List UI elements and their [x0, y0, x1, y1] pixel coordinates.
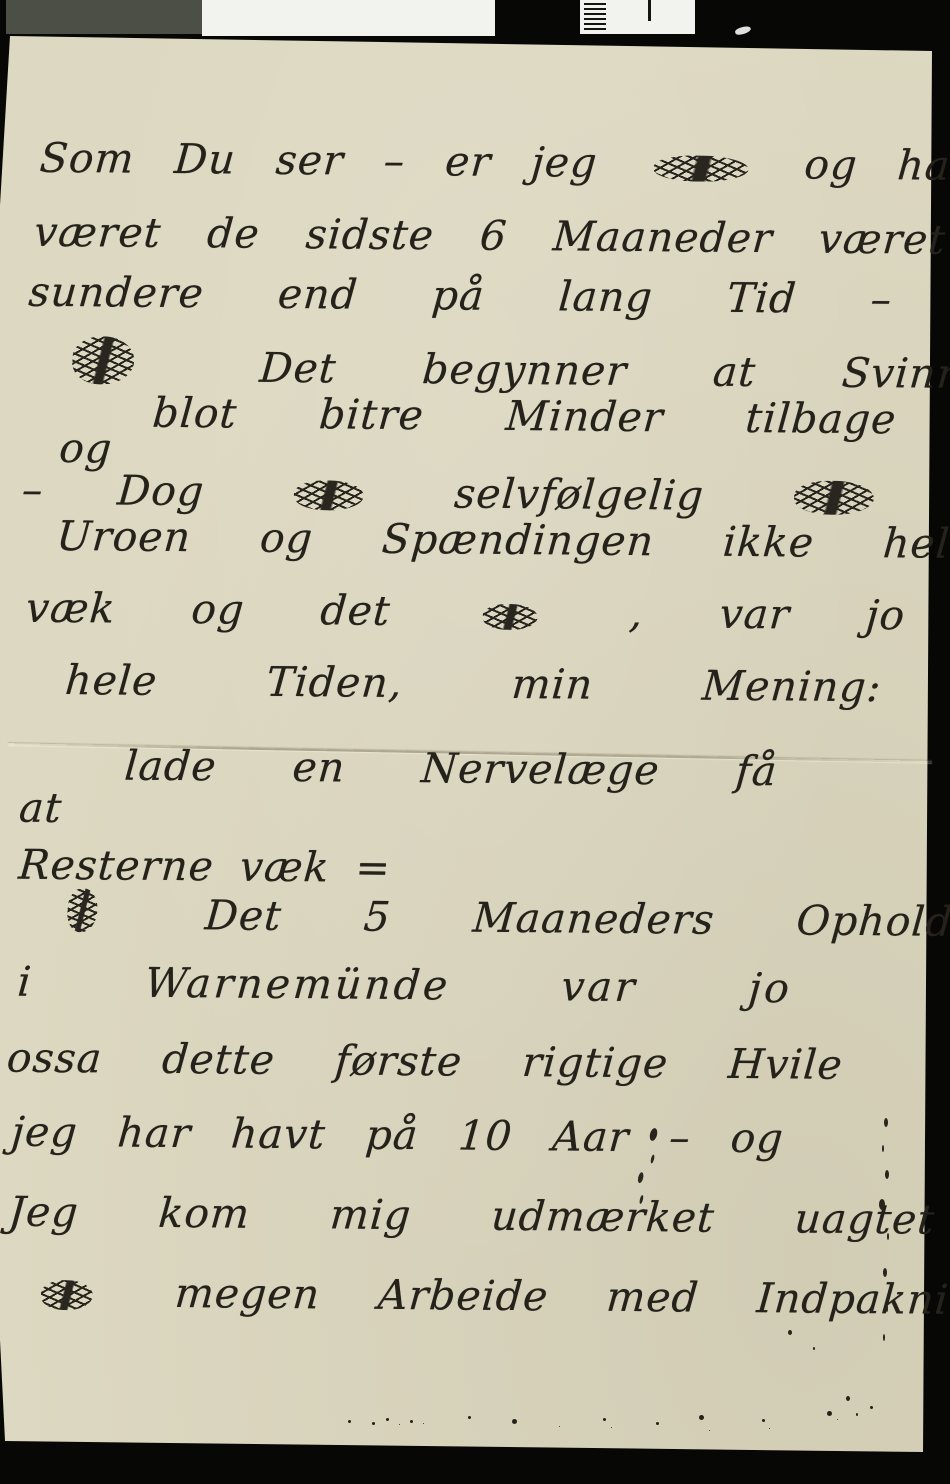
crossed-out-scribble — [481, 604, 538, 630]
scanned-letter-page: Som Du ser – er jeg og har jeg været de … — [0, 0, 950, 1484]
text-segment: Jeg kom mig udmærket uagtet — [7, 1188, 937, 1244]
letter-line-14: Det 5 Maaneders Ophold — [50, 888, 950, 943]
text-segment: at — [17, 784, 64, 832]
crossed-out-scribble — [66, 888, 99, 932]
text-segment: Det 5 Maaneders Ophold — [203, 891, 950, 945]
text-segment: og har jeg — [803, 141, 950, 191]
text-segment: , var jo — [628, 589, 907, 639]
ink-smudge-streak — [884, 1118, 888, 1127]
letter-line-18: Jeg kom mig udmærket uagtet — [7, 1192, 936, 1241]
handwriting-layer: Som Du ser – er jeg og har jeg været de … — [0, 0, 950, 1484]
letter-line-5: blot bitre Minder tilbage – — [151, 393, 950, 441]
crossed-out-scribble — [652, 155, 749, 182]
text-segment: Resterne væk = — [17, 841, 393, 892]
text-segment: megen Arbeide med Indpakning — [173, 1269, 950, 1324]
crossed-out-scribble — [40, 1280, 94, 1310]
letter-line-13: Resterne væk = — [17, 845, 392, 889]
text-segment: hele Tiden, min Mening: — [64, 656, 884, 711]
crossed-out-scribble — [70, 336, 136, 385]
text-segment: ossa dette første rigtige Hvile — [5, 1034, 845, 1089]
letter-line-8: Uroen og Spændingen ikke helt — [55, 516, 950, 565]
letter-line-6: og — [58, 428, 114, 469]
text-segment: Som Du ser – er jeg — [38, 134, 599, 187]
text-segment: i Warnemünde var jo — [16, 958, 794, 1013]
letter-line-15: i Warnemünde var jo — [16, 962, 794, 1010]
text-segment: jeg har havt på 10 Aar – og — [10, 1108, 786, 1163]
text-segment: væk og det — [24, 584, 392, 635]
letter-line-9: væk og det , var jo — [24, 588, 907, 637]
letter-line-1: Som Du ser – er jeg og har jeg — [38, 138, 950, 188]
crossed-out-scribble — [293, 480, 365, 511]
crossed-out-scribble — [793, 480, 876, 515]
letter-line-2: været de sidste 6 Maaneder været — [33, 212, 948, 261]
text-segment: blot bitre Minder tilbage – — [151, 389, 950, 444]
ink-speckles — [788, 1330, 792, 1335]
letter-line-3: sundere end på lang Tid – — [27, 272, 894, 321]
text-segment: været de sidste 6 Maaneder været — [32, 208, 947, 264]
letter-line-10: hele Tiden, min Mening: — [64, 660, 883, 708]
letter-line-19: megen Arbeide med Indpakning — [23, 1272, 950, 1322]
letter-line-7: – Dog selvfølgelig — [20, 470, 891, 519]
letter-line-12: at — [18, 788, 64, 829]
text-segment: sundere end på lang Tid – — [27, 268, 894, 324]
text-segment: – Dog — [20, 466, 206, 516]
text-segment: lade en Nervelæge få — [123, 742, 780, 796]
ink-speckles — [348, 1420, 351, 1423]
letter-line-16: ossa dette første rigtige Hvile — [5, 1038, 844, 1086]
text-segment: Uroen og Spændingen ikke helt — [55, 512, 950, 568]
letter-line-4: Det begynner at Svinne — [54, 336, 950, 395]
text-segment: selvfølgelig — [453, 469, 706, 519]
letter-line-17: jeg har havt på 10 Aar – og — [10, 1112, 786, 1160]
letter-line-11: lade en Nervelæge få — [123, 746, 779, 793]
